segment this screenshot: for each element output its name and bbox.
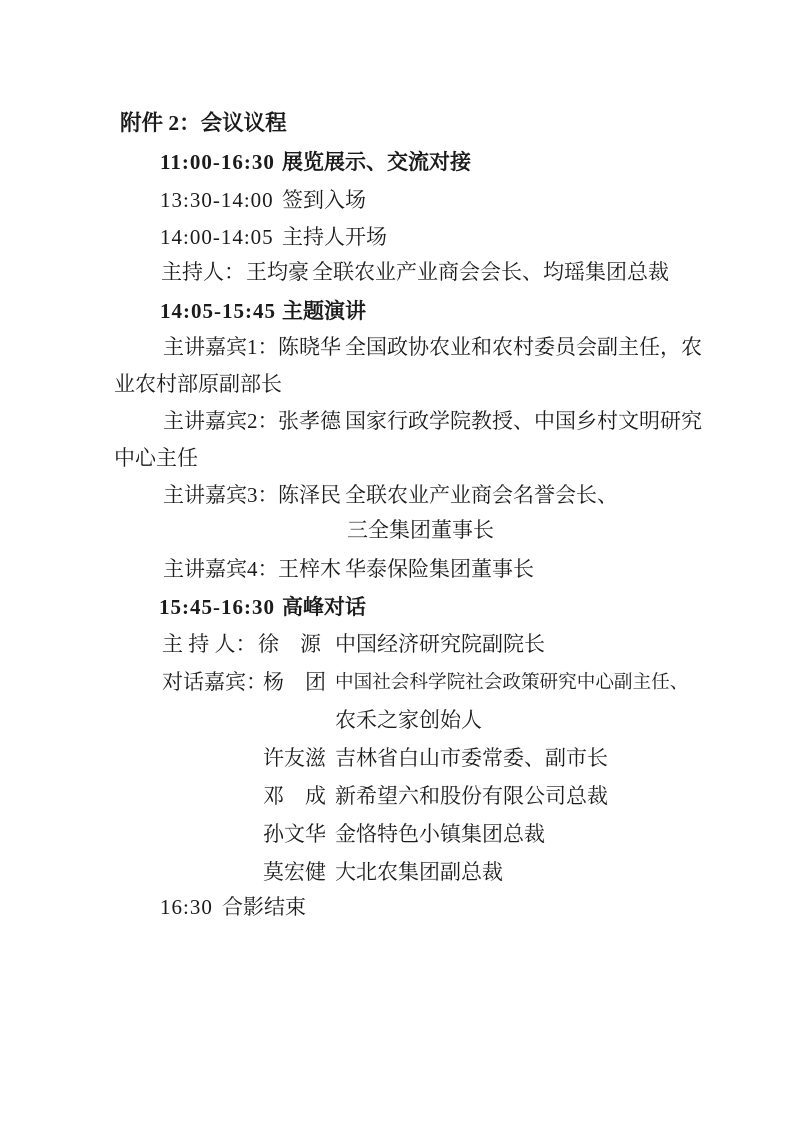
speaker-role: 新希望六和股份有限公司总裁 (335, 783, 608, 809)
speaker-name: 陈泽民 (278, 482, 341, 508)
agenda-dialog-guest-line: 许友滋 吉林省白山市委常委、副市长 (0, 745, 800, 777)
speaker-role-continuation: 三全集团董事长 (347, 517, 494, 543)
speaker-label: 主持人： (161, 259, 245, 285)
schedule-time: 16:30 (160, 894, 213, 920)
agenda-session-line: 14:05-15:45 主题演讲 (0, 298, 800, 330)
schedule-time: 13:30-14:00 (160, 187, 274, 213)
session-time: 11:00-16:30 (160, 149, 275, 175)
agenda-wrap-line: 三全集团董事长 (0, 517, 800, 549)
speaker-label: 主讲嘉宾3： (163, 482, 279, 508)
agenda-dialog-guest-line: 孙文华 金恪特色小镇集团总裁 (0, 821, 800, 853)
speaker-label: 主讲嘉宾4： (163, 556, 279, 582)
agenda-schedule-line: 14:00-14:05 主持人开场 (0, 224, 800, 256)
agenda-session-line: 15:45-16:30 高峰对话 (0, 594, 800, 626)
speaker-name: 孙文华 (263, 821, 326, 847)
agenda-schedule-line: 16:30 合影结束 (0, 894, 800, 926)
agenda-speaker-line: 主讲嘉宾3： 陈泽民 全联农业产业商会名誉会长、 (0, 482, 800, 514)
document-title-line: 附件 2：会议议程 (0, 110, 800, 142)
speaker-role: 全联农业产业商会名誉会长、 (345, 482, 618, 508)
speaker-role-continuation: 业农村部原副部长 (114, 371, 282, 397)
agenda-wrap-line: 农禾之家创始人 (0, 707, 800, 739)
speaker-name: 杨 团 (263, 669, 326, 695)
agenda-dialog-guest-line: 莫宏健 大北农集团副总裁 (0, 859, 800, 891)
agenda-schedule-line: 13:30-14:00 签到入场 (0, 187, 800, 219)
speaker-name: 张孝德 (278, 408, 341, 434)
speaker-name: 王均豪 (246, 259, 309, 285)
schedule-time: 14:00-14:05 (160, 224, 274, 250)
agenda-page: 附件 2：会议议程 11:00-16:30 展览展示、交流对接 13:30-14… (0, 0, 800, 1131)
agenda-dialog-guest-line: 邓 成 新希望六和股份有限公司总裁 (0, 783, 800, 815)
agenda-speaker-line: 主讲嘉宾4： 王梓木 华泰保险集团董事长 (0, 556, 800, 588)
speaker-role: 中国社会科学院社会政策研究中心副主任、 (335, 671, 688, 694)
agenda-host-line: 主 持 人： 徐 源 中国经济研究院副院长 (0, 631, 800, 663)
speaker-role: 金恪特色小镇集团总裁 (335, 821, 545, 847)
agenda-wrap-line: 中心主任 (0, 445, 800, 477)
agenda-speaker-line: 主讲嘉宾1： 陈晓华 全国政协农业和农村委员会副主任，农 (0, 334, 800, 366)
speaker-label: 主讲嘉宾1： (163, 334, 279, 360)
speaker-role: 华泰保险集团董事长 (345, 556, 534, 582)
speaker-label: 主讲嘉宾2： (163, 408, 279, 434)
session-time: 14:05-15:45 (160, 298, 276, 324)
agenda-host-line: 主持人： 王均豪 全联农业产业商会会长、均瑶集团总裁 (0, 259, 800, 291)
speaker-role: 中国经济研究院副院长 (335, 631, 545, 657)
speaker-label: 主 持 人： (162, 631, 257, 657)
speaker-name: 陈晓华 (278, 334, 341, 360)
speaker-name: 徐 源 (258, 631, 321, 657)
schedule-activity: 合影结束 (222, 894, 306, 920)
speaker-role-continuation: 农禾之家创始人 (335, 707, 482, 733)
schedule-activity: 主持人开场 (282, 224, 387, 250)
speaker-role: 全国政协农业和农村委员会副主任，农 (345, 334, 702, 360)
speaker-role: 吉林省白山市委常委、副市长 (335, 745, 608, 771)
agenda-dialog-line: 对话嘉宾： 杨 团 中国社会科学院社会政策研究中心副主任、 (0, 669, 800, 701)
speaker-name: 邓 成 (263, 783, 326, 809)
agenda-speaker-line: 主讲嘉宾2： 张孝德 国家行政学院教授、中国乡村文明研究 (0, 408, 800, 440)
session-title: 高峰对话 (282, 594, 366, 620)
speaker-role: 大北农集团副总裁 (335, 859, 503, 885)
speaker-name: 莫宏健 (263, 859, 326, 885)
document-title: 附件 2：会议议程 (120, 110, 287, 137)
session-title: 主题演讲 (282, 298, 366, 324)
speaker-role: 全联农业产业商会会长、均瑶集团总裁 (312, 259, 669, 285)
speaker-label: 对话嘉宾： (162, 669, 267, 695)
speaker-name: 许友滋 (263, 745, 326, 771)
agenda-session-line: 11:00-16:30 展览展示、交流对接 (0, 149, 800, 181)
session-title: 展览展示、交流对接 (282, 149, 471, 175)
schedule-activity: 签到入场 (282, 187, 366, 213)
session-time: 15:45-16:30 (159, 594, 275, 620)
speaker-role: 国家行政学院教授、中国乡村文明研究 (345, 408, 702, 434)
agenda-wrap-line: 业农村部原副部长 (0, 371, 800, 403)
speaker-role-continuation: 中心主任 (114, 445, 198, 471)
speaker-name: 王梓木 (278, 556, 341, 582)
